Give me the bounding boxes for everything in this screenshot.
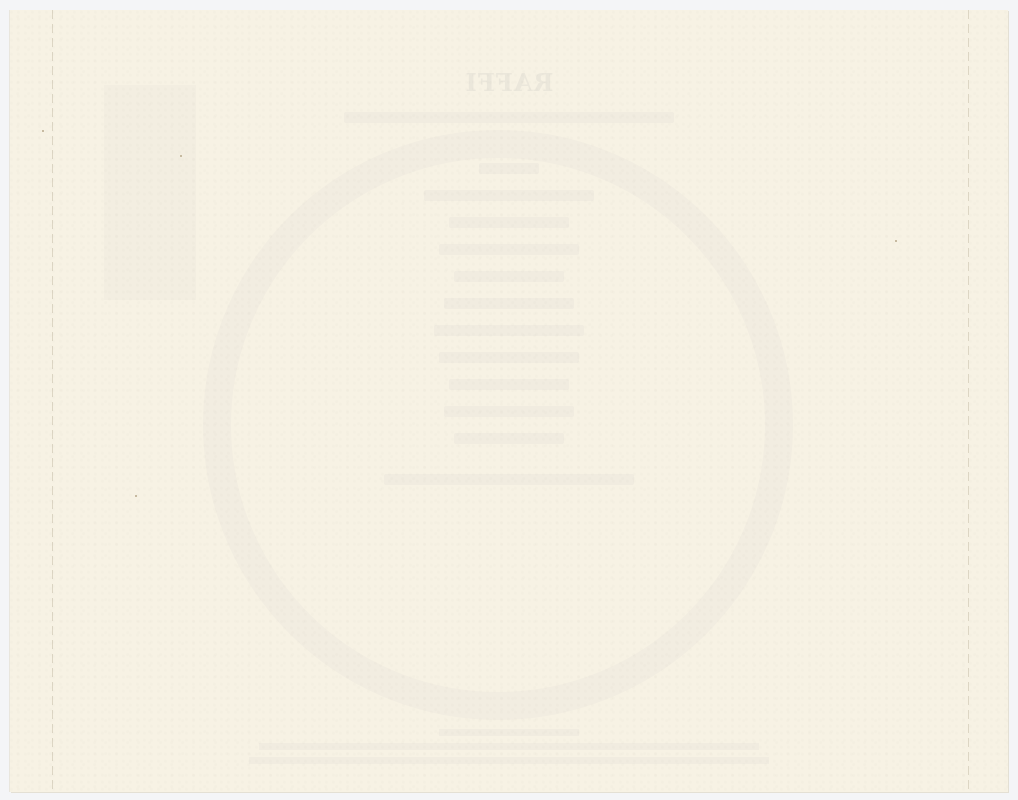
right-spine-perforation xyxy=(968,10,969,792)
show-through-disc-art xyxy=(203,130,793,720)
paper-speck xyxy=(180,155,182,157)
cd-insert-back: RAFFI xyxy=(10,10,1008,792)
show-through-track-list xyxy=(10,110,1008,501)
paper-speck xyxy=(895,240,897,242)
paper-speck xyxy=(42,130,44,132)
paper-speck xyxy=(135,495,137,497)
show-through-spine-credits xyxy=(104,85,196,300)
show-through-print: RAFFI xyxy=(10,10,1008,792)
show-through-copyright xyxy=(10,722,1008,771)
show-through-title: RAFFI xyxy=(10,68,1008,97)
left-spine-perforation xyxy=(52,10,53,792)
